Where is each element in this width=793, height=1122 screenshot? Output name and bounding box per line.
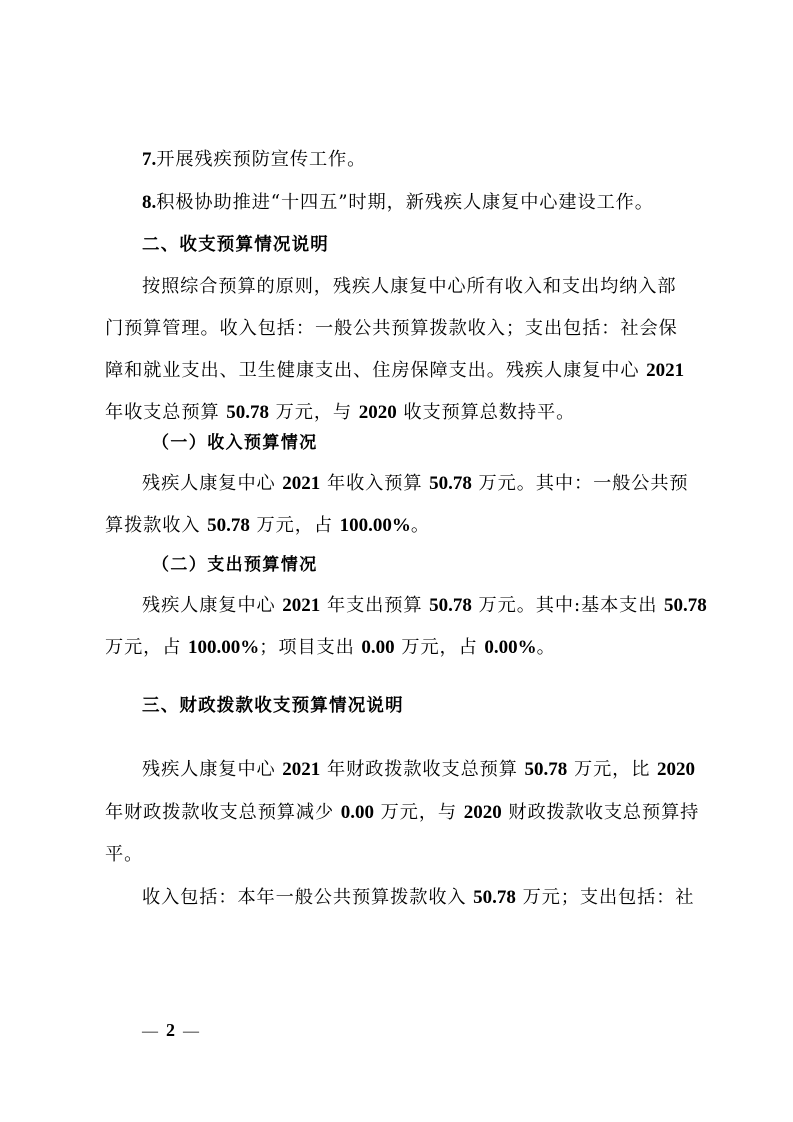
text: 。: [411, 515, 430, 536]
item-text: 积极协助推进“十四五”时期，新残疾人康复中心建设工作。: [156, 192, 654, 213]
amount-value: 50.78: [473, 887, 516, 908]
year-value: 2020: [657, 759, 695, 780]
text: 残疾人康复中心: [142, 595, 282, 616]
dash-right: —: [177, 1023, 201, 1040]
text: 万元。其中:基本支出: [472, 595, 664, 616]
year-value: 2021: [282, 759, 320, 780]
text: ；项目支出: [259, 637, 361, 658]
subsection-heading-expenditure: （二）支出预算情况: [152, 552, 318, 578]
paragraph-line: 残疾人康复中心 2021 年收入预算 50.78 万元。其中：一般公共预: [142, 471, 689, 497]
amount-value: 50.78: [207, 515, 250, 536]
text: 。: [537, 637, 556, 658]
paragraph-line: 年收支总预算 50.78 万元，与 2020 收支预算总数持平。: [105, 400, 575, 426]
dash-left: —: [142, 1023, 166, 1040]
amount-value: 50.78: [664, 595, 707, 616]
text: 残疾人康复中心: [142, 473, 282, 494]
item-text: 开展残疾预防宣传工作。: [156, 149, 366, 170]
text: 万元；支出包括：社: [516, 887, 694, 908]
list-item-7: 7.开展残疾预防宣传工作。: [142, 147, 366, 173]
year-value: 2021: [282, 595, 320, 616]
percent-value: 100.00%: [340, 515, 411, 536]
text: 收入包括：本年一般公共预算拨款收入: [142, 887, 473, 908]
text: 万元，占: [395, 637, 485, 658]
text: 收支预算总数持平。: [397, 402, 575, 423]
text: 年财政拨款收支总预算: [320, 759, 524, 780]
text: 年财政拨款收支总预算减少: [105, 802, 341, 823]
amount-value: 50.78: [429, 595, 472, 616]
list-item-8: 8.积极协助推进“十四五”时期，新残疾人康复中心建设工作。: [142, 190, 654, 216]
item-number: 8.: [142, 192, 156, 213]
amount-value: 0.00: [341, 802, 374, 823]
text: 万元。其中：一般公共预: [472, 473, 689, 494]
text: 算拨款收入: [105, 515, 207, 536]
text: 年收支总预算: [105, 402, 226, 423]
document-page: 7.开展残疾预防宣传工作。 8.积极协助推进“十四五”时期，新残疾人康复中心建设…: [0, 0, 793, 1122]
paragraph-line: 残疾人康复中心 2021 年支出预算 50.78 万元。其中:基本支出 50.7…: [142, 593, 707, 619]
paragraph-line: 收入包括：本年一般公共预算拨款收入 50.78 万元；支出包括：社: [142, 885, 694, 911]
year-value: 2021: [282, 473, 320, 494]
section-heading-3: 三、财政拨款收支预算情况说明: [142, 693, 404, 719]
paragraph-line: 门预算管理。收入包括：一般公共预算拨款收入；支出包括：社会保: [105, 316, 678, 342]
amount-value: 50.78: [525, 759, 568, 780]
text: 万元，占: [250, 515, 340, 536]
year-value: 2021: [646, 360, 684, 381]
text: 万元，比: [567, 759, 657, 780]
text: 年支出预算: [320, 595, 429, 616]
percent-value: 100.00%: [188, 637, 259, 658]
paragraph-line: 万元，占 100.00%；项目支出 0.00 万元，占 0.00%。: [105, 635, 556, 661]
text: 万元，与: [374, 802, 464, 823]
amount-value: 50.78: [429, 473, 472, 494]
paragraph-line: 障和就业支出、卫生健康支出、住房保障支出。残疾人康复中心 2021: [105, 358, 684, 384]
text: 年收入预算: [320, 473, 429, 494]
item-number: 7.: [142, 149, 156, 170]
page-number: 2: [166, 1020, 177, 1040]
amount-value: 0.00: [361, 637, 394, 658]
amount-value: 50.78: [226, 402, 269, 423]
paragraph-line: 按照综合预算的原则，残疾人康复中心所有收入和支出均纳入部: [142, 274, 676, 300]
page-number-footer: — 2 —: [142, 1020, 201, 1041]
text: 障和就业支出、卫生健康支出、住房保障支出。残疾人康复中心: [105, 360, 646, 381]
text: 财政拨款收支总预算持: [502, 802, 700, 823]
year-value: 2020: [464, 802, 502, 823]
percent-value: 0.00%: [484, 637, 536, 658]
paragraph-line: 算拨款收入 50.78 万元，占 100.00%。: [105, 513, 430, 539]
text: 万元，占: [105, 637, 188, 658]
year-value: 2020: [359, 402, 397, 423]
text: 万元，与: [269, 402, 359, 423]
section-heading-2: 二、收支预算情况说明: [142, 232, 329, 258]
subsection-heading-income: （一）收入预算情况: [152, 430, 318, 456]
paragraph-line: 年财政拨款收支总预算减少 0.00 万元，与 2020 财政拨款收支总预算持: [105, 800, 699, 826]
paragraph-line: 平。: [105, 842, 143, 868]
text: 残疾人康复中心: [142, 759, 282, 780]
paragraph-line: 残疾人康复中心 2021 年财政拨款收支总预算 50.78 万元，比 2020: [142, 757, 695, 783]
